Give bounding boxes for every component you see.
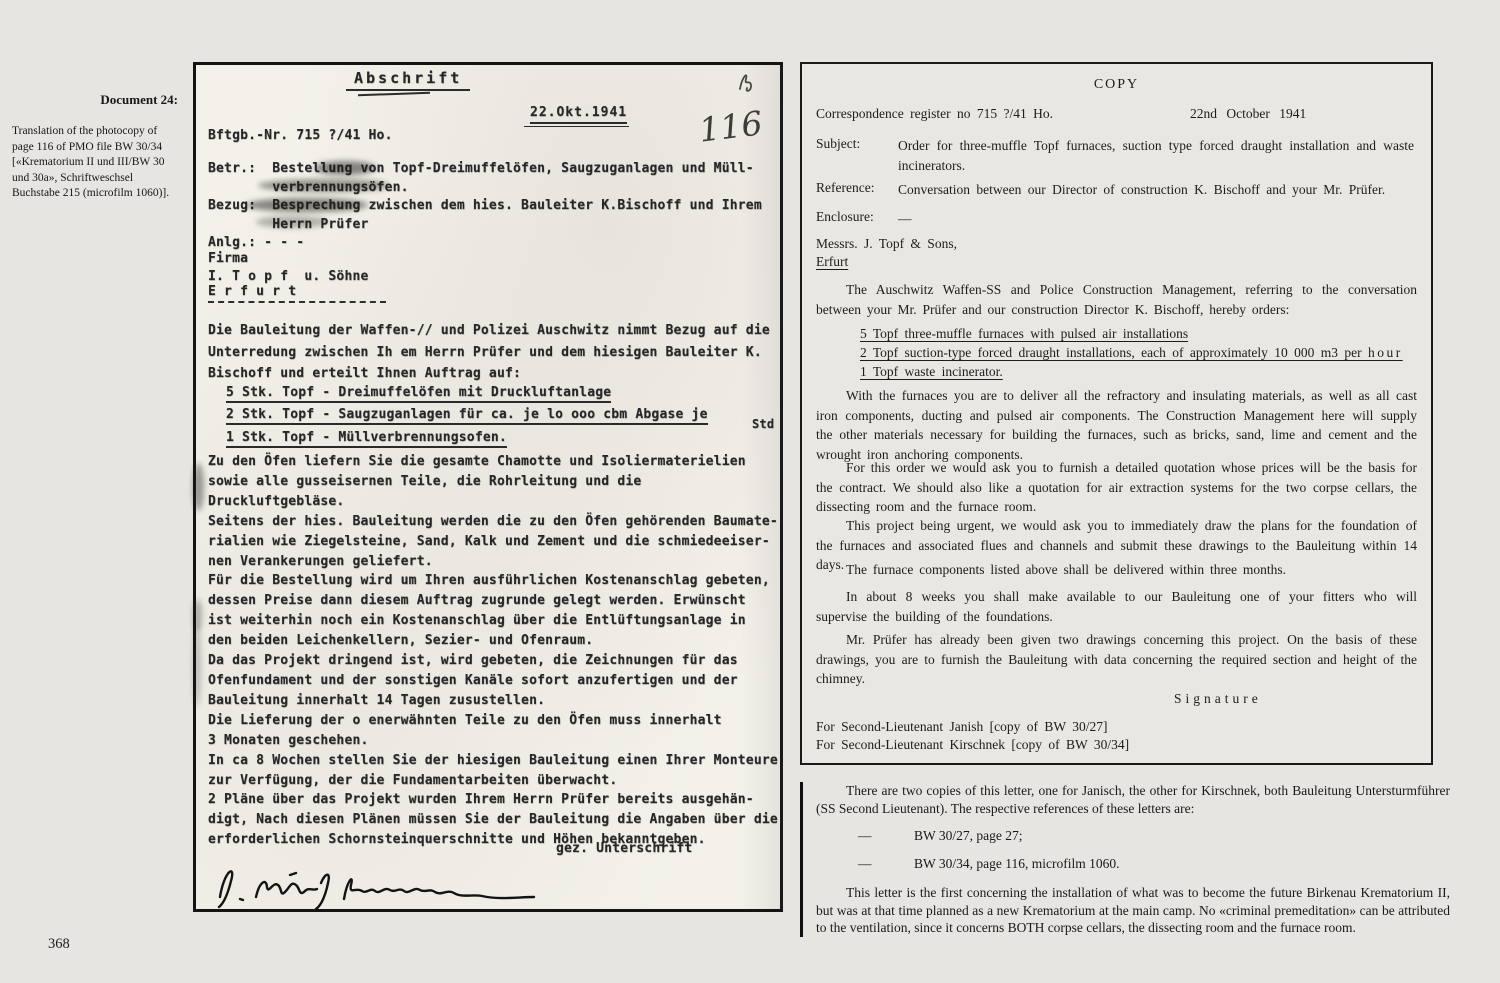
german-std-annotation: Std <box>752 417 774 431</box>
ink-smudge <box>193 623 201 707</box>
german-intro-paragraph: Die Bauleitung der Waffen-// und Polizei… <box>208 320 770 385</box>
abschrift-heading: Abschrift <box>346 69 470 91</box>
german-photocopy-document: Abschrift 22.Okt.1941 116 Bftgb.-Nr. 715… <box>193 62 783 912</box>
for-line-kirschnek: For Second-Lieutenant Kirschnek [copy of… <box>816 737 1129 753</box>
translation-paragraph-1: The Auschwitz Waffen-SS and Police Const… <box>816 280 1417 319</box>
german-order-item-3: 1 Stk. Topf - Müllverbrennungsofen. <box>226 430 507 448</box>
commentary-paragraph-2: This letter is the first concerning the … <box>816 884 1450 937</box>
book-page: Document 24: Translation of the photocop… <box>0 0 1500 983</box>
handwritten-signature <box>204 853 544 915</box>
translation-paragraph-2: With the furnaces you are to deliver all… <box>816 386 1417 464</box>
german-order-item-1: 5 Stk. Topf - Dreimuffelöfen mit Drucklu… <box>226 385 611 403</box>
document-number-heading: Document 24: <box>12 92 178 108</box>
page-number: 368 <box>48 936 70 953</box>
editor-commentary: There are two copies of this letter, one… <box>800 782 1450 937</box>
register-line: Correspondence register no 715 ?/41 Ho. <box>816 106 1053 122</box>
subject-text: Order for three-muffle Topf furnaces, su… <box>898 136 1414 175</box>
copy-title: COPY <box>802 77 1431 93</box>
translation-paragraph-5: The furnace components listed above shal… <box>816 560 1417 580</box>
commentary-reference-text: BW 30/34, page 116, microfilm 1060. <box>914 855 1119 873</box>
ink-smudge <box>246 198 368 212</box>
translation-paragraph-6: In about 8 weeks you shall make availabl… <box>816 587 1417 626</box>
enclosure-text: — <box>898 209 1414 229</box>
german-addressee: Firma I. T o p f u. Söhne <box>208 250 369 285</box>
reference-label: Reference: <box>816 180 874 196</box>
order-item-1: 5 Topf three-muffle furnaces with pulsed… <box>860 326 1188 342</box>
order-item-3: 1 Topf waste incinerator. <box>860 364 1003 380</box>
english-translation-box: COPY Correspondence register no 715 ?/41… <box>800 62 1433 765</box>
german-signoff: gez. Unterschrift <box>556 841 692 856</box>
german-register-line: Bftgb.-Nr. 715 ?/41 Ho. <box>208 128 393 143</box>
addressee-line: Messrs. J. Topf & Sons, <box>816 236 957 252</box>
for-line-janish: For Second-Lieutenant Janish [copy of BW… <box>816 719 1107 735</box>
margin-note: Document 24: Translation of the photocop… <box>12 92 178 202</box>
order-item-2-hour: hour <box>1368 345 1403 360</box>
translation-paragraph-3: For this order we would ask you to furni… <box>816 458 1417 517</box>
commentary-reference-text: BW 30/27, page 27; <box>914 827 1023 845</box>
reference-text: Conversation between our Director of con… <box>898 180 1414 200</box>
letter-date: 22nd October 1941 <box>1190 106 1306 122</box>
commentary-reference-item: — BW 30/34, page 116, microfilm 1060. <box>858 855 1450 873</box>
dash-bullet: — <box>858 827 914 845</box>
german-date: 22.Okt.1941 <box>530 105 627 124</box>
translation-paragraph-7: Mr. Prüfer has already been given two dr… <box>816 630 1417 689</box>
handwritten-scribble-mark <box>733 67 759 97</box>
commentary-paragraph-1: There are two copies of this letter, one… <box>816 782 1450 817</box>
commentary-reference-item: — BW 30/27, page 27; <box>858 827 1450 845</box>
german-body-text: Zu den Öfen liefern Sie die gesamte Cham… <box>208 452 780 850</box>
dash-bullet: — <box>858 855 914 873</box>
ink-smudge <box>314 161 376 175</box>
enclosure-label: Enclosure: <box>816 209 874 225</box>
german-order-item-2: 2 Stk. Topf - Saugzuganlagen für ca. je … <box>226 407 708 425</box>
subject-label: Subject: <box>816 136 860 152</box>
order-item-2: 2 Topf suction-type forced draught insta… <box>860 345 1403 361</box>
document-caption: Translation of the photocopy of page 116… <box>12 124 178 202</box>
ink-smudge <box>258 179 390 192</box>
signature-placeholder: Signature <box>1174 691 1262 707</box>
ink-smudge <box>256 216 328 228</box>
ink-smudge <box>193 463 204 511</box>
handwritten-page-number: 116 <box>697 103 765 149</box>
german-addressee-city: E r f u r t <box>208 284 386 303</box>
addressee-city: Erfurt <box>816 254 848 270</box>
